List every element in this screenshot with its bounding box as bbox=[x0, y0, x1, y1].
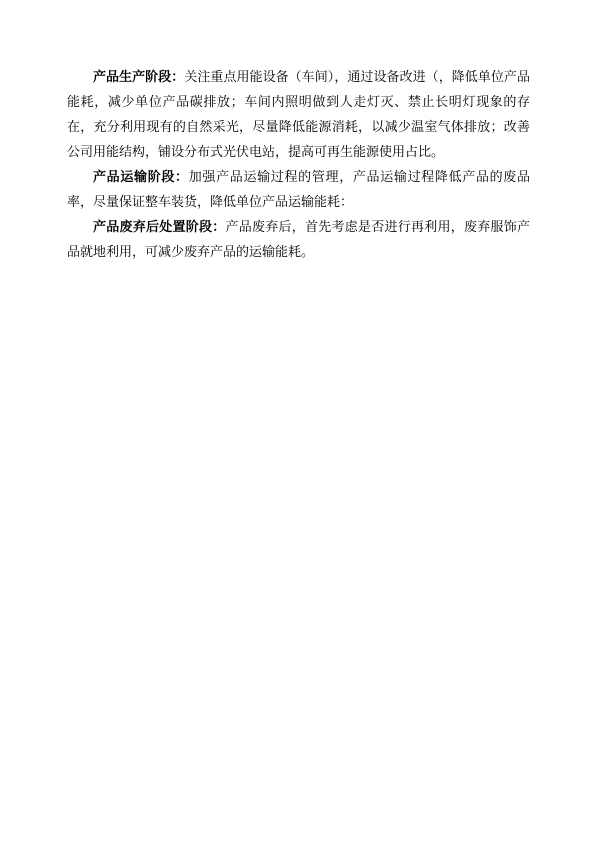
paragraph-production-stage-lead: 产品生产阶段： bbox=[93, 69, 184, 84]
paragraph-transport-stage-lead: 产品运输阶段： bbox=[93, 169, 189, 184]
paragraph-transport-stage: 产品运输阶段：加强产品运输过程的管理，产品运输过程降低产品的废品率，尽量保证整车… bbox=[67, 164, 530, 214]
paragraph-production-stage: 产品生产阶段：关注重点用能设备（车间），通过设备改进（，降低单位产品能耗，减少单… bbox=[67, 64, 530, 164]
paragraph-disposal-stage: 产品废弃后处置阶段：产品废弃后，首先考虑是否进行再利用，废弃服饰产品就地利用，可… bbox=[67, 214, 530, 264]
document-page: 产品生产阶段：关注重点用能设备（车间），通过设备改进（，降低单位产品能耗，减少单… bbox=[0, 0, 596, 842]
text-block: 产品生产阶段：关注重点用能设备（车间），通过设备改进（，降低单位产品能耗，减少单… bbox=[67, 64, 530, 264]
paragraph-disposal-stage-lead: 产品废弃后处置阶段： bbox=[93, 219, 226, 234]
